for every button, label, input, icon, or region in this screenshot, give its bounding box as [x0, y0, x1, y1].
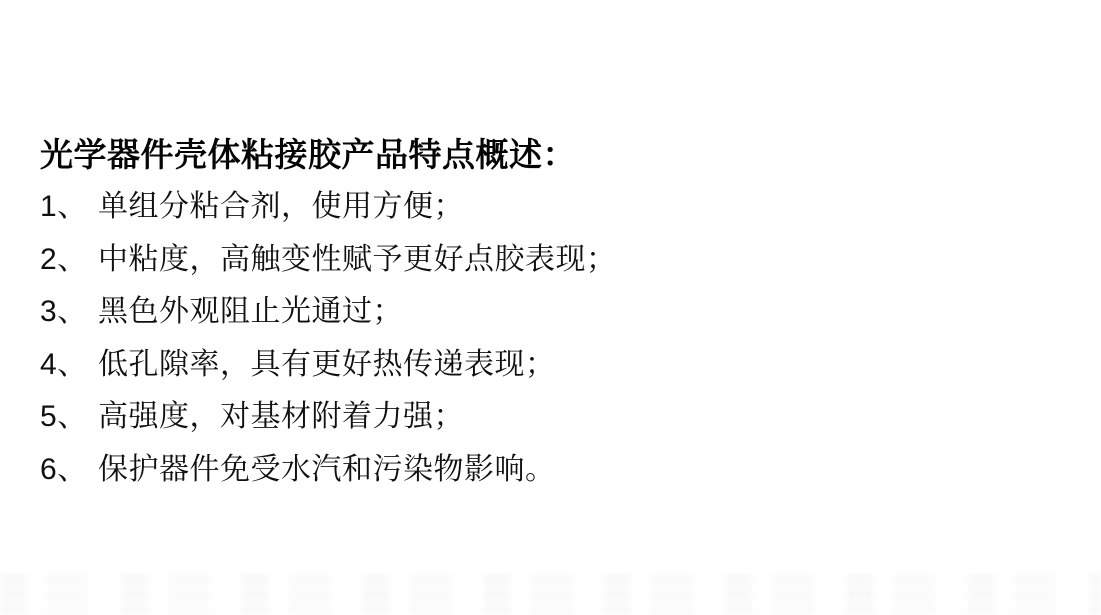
- list-item-text: 高强度，对基材附着力强；: [98, 391, 464, 444]
- list-item-number: 5、: [40, 391, 98, 444]
- list-item-number: 6、: [40, 444, 98, 497]
- list-item: 5、高强度，对基材附着力强；: [40, 391, 1071, 444]
- list-item: 2、中粘度，高触变性赋予更好点胶表现；: [40, 234, 1071, 287]
- slide-page: 光学器件壳体粘接胶产品特点概述： 1、单组分粘合剂，使用方便； 2、中粘度，高触…: [0, 0, 1101, 615]
- list-item: 1、单组分粘合剂，使用方便；: [40, 181, 1071, 234]
- slide-content: 光学器件壳体粘接胶产品特点概述： 1、单组分粘合剂，使用方便； 2、中粘度，高触…: [40, 128, 1071, 496]
- list-item-text: 保护器件免受水汽和污染物影响。: [98, 444, 556, 497]
- list-item: 6、保护器件免受水汽和污染物影响。: [40, 444, 1071, 497]
- list-item: 3、黑色外观阻止光通过；: [40, 286, 1071, 339]
- list-item-text: 黑色外观阻止光通过；: [98, 286, 403, 339]
- list-item-number: 2、: [40, 234, 98, 287]
- list-item-text: 单组分粘合剂，使用方便；: [98, 181, 464, 234]
- bottom-noise-artifact: [0, 573, 1101, 615]
- feature-list: 1、单组分粘合剂，使用方便； 2、中粘度，高触变性赋予更好点胶表现； 3、黑色外…: [40, 181, 1071, 496]
- page-title: 光学器件壳体粘接胶产品特点概述：: [40, 128, 1071, 181]
- list-item-number: 4、: [40, 339, 98, 392]
- list-item-number: 3、: [40, 286, 98, 339]
- list-item-number: 1、: [40, 181, 98, 234]
- list-item: 4、低孔隙率，具有更好热传递表现；: [40, 339, 1071, 392]
- list-item-text: 中粘度，高触变性赋予更好点胶表现；: [98, 234, 617, 287]
- list-item-text: 低孔隙率，具有更好热传递表现；: [98, 339, 556, 392]
